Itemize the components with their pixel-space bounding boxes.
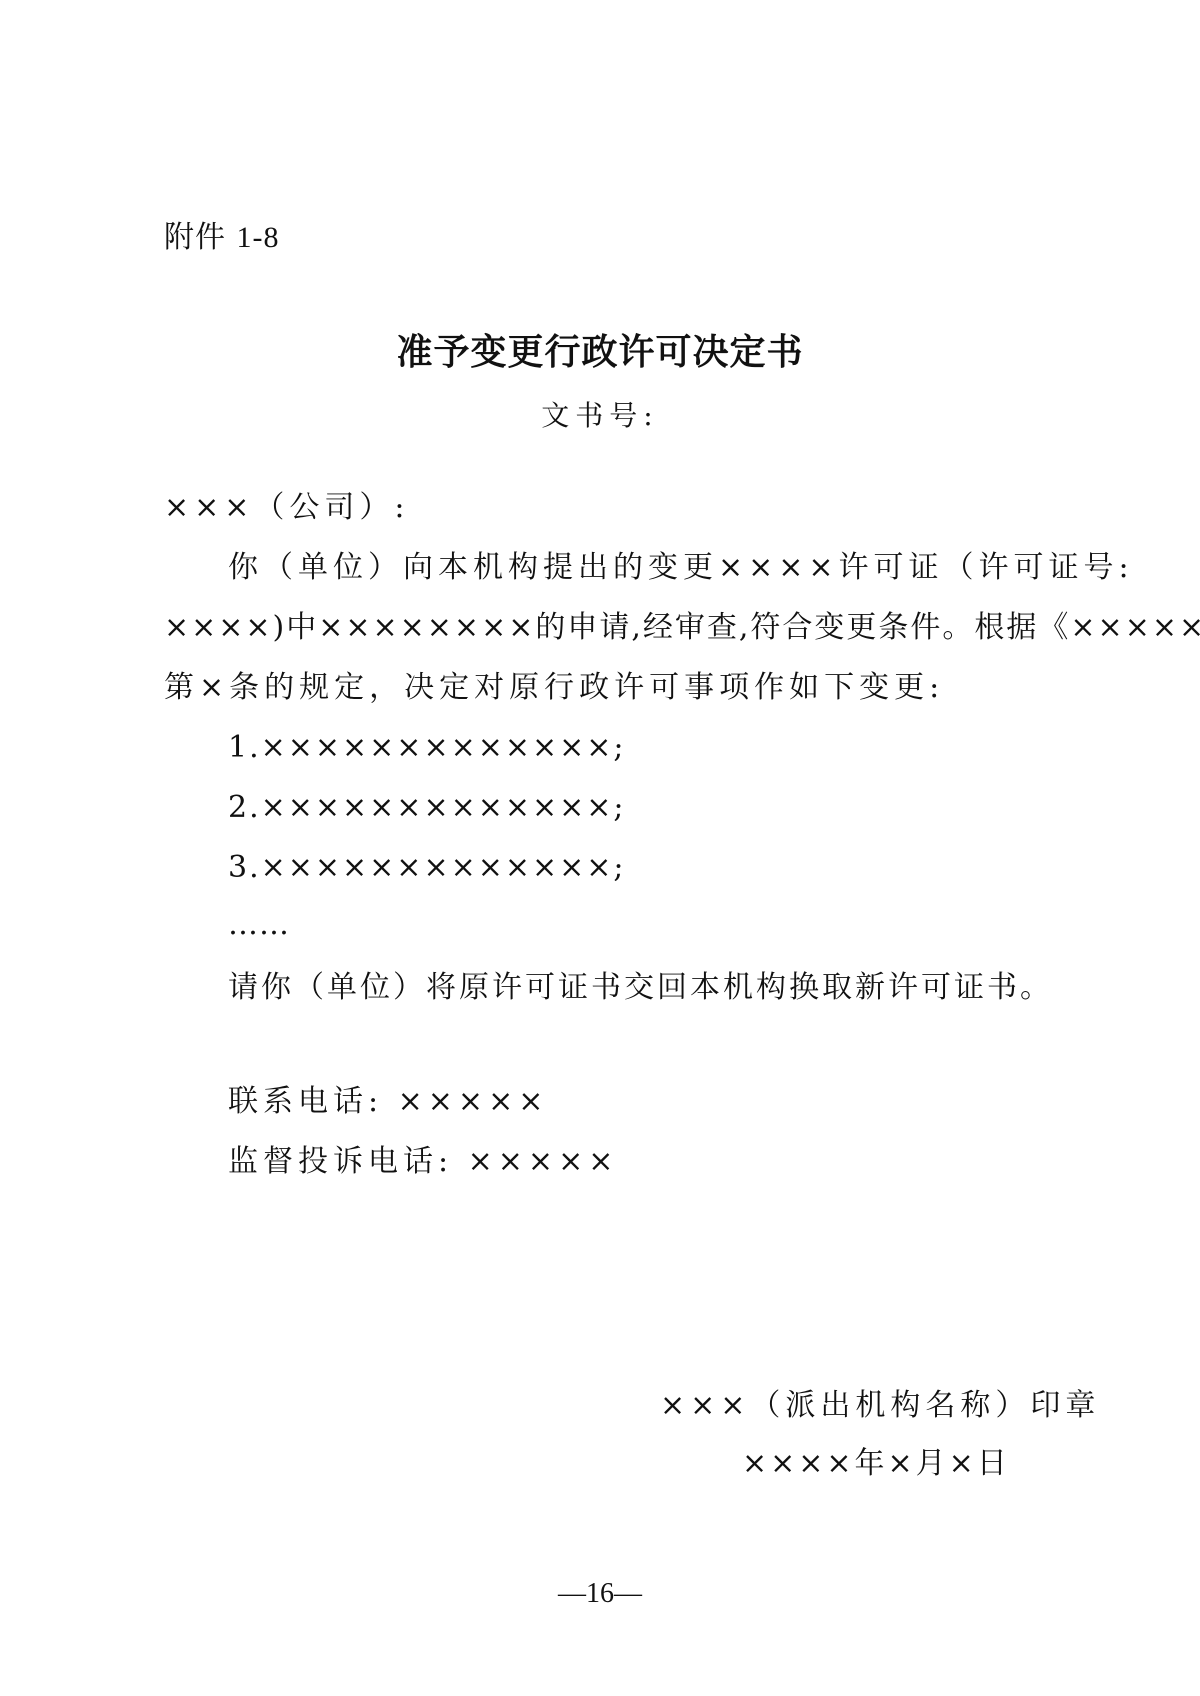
body-paragraph-1-line-3: 第×条的规定，决定对原行政许可事项作如下变更:	[164, 668, 944, 708]
issue-date: ××××年×月×日	[742, 1444, 1010, 1484]
page-number: —16—	[0, 1574, 1200, 1614]
body-paragraph-1-line-1: 你（单位）向本机构提出的变更××××许可证（许可证号:	[228, 548, 1134, 588]
attachment-label-text: 附件	[164, 220, 226, 255]
contact-phone-value: ×××××	[398, 1084, 549, 1119]
document-number-label: 文书号:	[0, 396, 1200, 436]
body-paragraph-2: 请你（单位）将原许可证书交回本机构换取新许可证书。	[228, 968, 1053, 1008]
document-title: 准予变更行政许可决定书	[0, 332, 1200, 372]
document-page: 附件 1-8 准予变更行政许可决定书 文书号: ×××（公司）: 你（单位）向本…	[0, 0, 1200, 1696]
change-item-1: 1.×××××××××××××;	[228, 728, 626, 768]
list-ellipsis: ……	[228, 905, 290, 945]
complaint-phone-value: ×××××	[468, 1144, 619, 1179]
attachment-number: 1-8	[237, 221, 280, 254]
complaint-phone-label: 监督投诉电话:	[228, 1144, 453, 1179]
change-item-2: 2.×××××××××××××;	[228, 788, 626, 828]
complaint-phone: 监督投诉电话: ×××××	[228, 1142, 618, 1182]
issuer-seal: ×××（派出机构名称）印章	[660, 1386, 1100, 1426]
body-paragraph-1-line-2: ××××)中××××××××的申请,经审查,符合变更条件。根据《×××××》	[164, 608, 1200, 648]
contact-phone-label: 联系电话:	[228, 1084, 383, 1119]
contact-phone: 联系电话: ×××××	[228, 1082, 548, 1122]
salutation: ×××（公司）:	[164, 488, 410, 528]
attachment-label: 附件 1-8	[164, 218, 280, 258]
change-item-3: 3.×××××××××××××;	[228, 848, 626, 888]
